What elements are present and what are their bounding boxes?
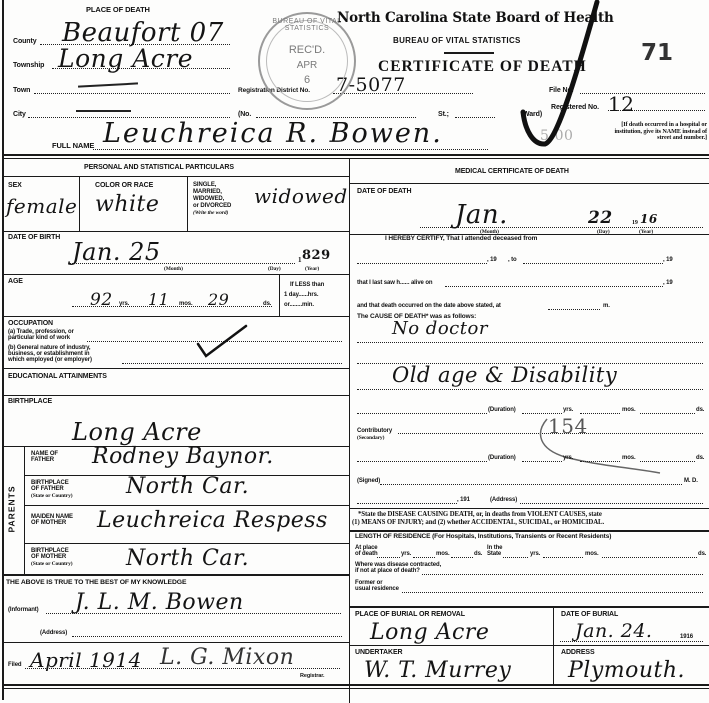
footnote-line-2: (1) MEANS OF INJURY; and (2) whether ACC…: [352, 519, 604, 527]
mother-birthplace-label-3: (State or Country): [31, 561, 72, 567]
ward-line: [455, 117, 495, 118]
attended-to-label: , to: [508, 257, 517, 264]
informant-address-line: [72, 636, 342, 637]
parents-vertical-label: PARENTS: [8, 486, 16, 533]
marital-hint: (Write the word): [193, 210, 228, 216]
filed-value: April 1914: [30, 648, 142, 672]
race-value: white: [95, 192, 159, 217]
attended-from-line: [357, 263, 487, 264]
occurred-time-line: [548, 309, 600, 310]
signed-191: , 191: [457, 497, 470, 504]
or-min-label: or........min.: [284, 302, 314, 309]
township-value: Long Acre: [58, 44, 193, 73]
dob-century: 1: [298, 256, 301, 264]
occupation-b-label-3: which employed (or employer): [8, 357, 92, 364]
contracted-line: [422, 574, 703, 575]
footnote-line-1: *State the DISEASE CAUSING DEATH, or, in…: [358, 511, 602, 519]
place-of-death-label: PLACE OF DEATH: [86, 6, 150, 14]
father-name-label-2: FATHER: [31, 457, 54, 464]
in-state-yrs: yrs.: [530, 551, 540, 558]
undertaker-address-value: Plymouth.: [568, 658, 685, 683]
dob-month-day: Jan. 25: [72, 238, 161, 266]
age-mos-label: mos.: [179, 301, 193, 308]
county-label: County: [13, 38, 37, 46]
rule: [4, 176, 349, 177]
cause-line-1-rule: [357, 342, 703, 343]
former-residence-label-2: usual residence: [355, 586, 399, 593]
rule: [279, 274, 280, 316]
at-place-yrs-line: [377, 557, 400, 558]
rule: [4, 395, 349, 396]
center-divider: [349, 158, 350, 703]
age-label: AGE: [8, 278, 23, 286]
marital-value: widowed: [254, 184, 348, 208]
dob-label: DATE OF BIRTH: [8, 234, 60, 242]
title-underline: [444, 52, 494, 54]
burial-date-year: 1916: [680, 633, 693, 641]
occupation-b-line: [122, 363, 342, 364]
medical-section-title: MEDICAL CERTIFICATE OF DEATH: [455, 168, 569, 176]
rule: [24, 543, 349, 544]
duration-2-mos-line: [580, 461, 620, 462]
attended-to-line: [523, 263, 663, 264]
bureau-title: BUREAU OF VITAL STATISTICS: [393, 37, 521, 45]
informant-label: (Informant): [8, 607, 39, 614]
bottom-rule-2: [4, 688, 709, 689]
registered-no-value: 12: [608, 92, 634, 116]
at-place-mos-line: [413, 557, 435, 558]
city-dash-mark: [76, 110, 131, 112]
dob-month-hint: (Month): [164, 266, 183, 272]
signed-date-line: [357, 503, 457, 504]
marital-label-4: or DIVORCED: [193, 203, 231, 210]
burial-date-value: Jan. 24.: [575, 620, 652, 642]
at-place-yrs: yrs.: [401, 551, 411, 558]
dob-year-hint: (Year): [305, 266, 319, 272]
stamp-day: 6: [260, 74, 354, 86]
sex-value: female: [6, 194, 77, 218]
father-birthplace-label-3: (State or Country): [31, 493, 72, 499]
rule: [4, 368, 349, 369]
father-birthplace-value: North Car.: [126, 474, 249, 499]
in-state-yrs-line: [503, 557, 528, 558]
rule: [4, 574, 349, 576]
former-residence-line: [402, 592, 703, 593]
duration-1-ds: ds.: [696, 407, 704, 414]
dod-month: Jan.: [455, 200, 508, 230]
rule: [24, 446, 25, 574]
dob-day-hint: (Day): [268, 266, 281, 272]
cause-line-1: No doctor: [392, 318, 488, 339]
page-number: 71: [641, 40, 673, 66]
education-label: EDUCATIONAL ATTAINMENTS: [8, 373, 107, 381]
stamp-ring-text: BUREAU OF VITAL STATISTICS: [260, 18, 354, 32]
certify-text: I HEREBY CERTIFY, That I attended deceas…: [385, 236, 537, 243]
age-ds-label: ds.: [263, 301, 271, 308]
marital-label-1: SINGLE,: [193, 182, 216, 189]
left-border: [2, 0, 4, 700]
registrar-signature: L. G. Mixon: [160, 645, 294, 670]
mother-birthplace-label-2: OF MOTHER: [31, 554, 66, 561]
filed-label: Filed: [8, 662, 22, 669]
informant-address-label: (Address): [40, 630, 67, 637]
father-name-value: Rodney Baynor.: [92, 444, 274, 469]
residence-title: LENGTH OF RESIDENCE (For Hospitals, Inst…: [355, 534, 611, 541]
if-less-label: If LESS than: [290, 282, 324, 289]
rule: [4, 274, 349, 275]
received-stamp: BUREAU OF VITAL STATISTICS REC'D. APR 6: [258, 12, 356, 110]
cause-line-3-rule: [357, 389, 703, 390]
duration-2-yrs-line: [522, 461, 562, 462]
birthplace-value: Long Acre: [72, 418, 202, 446]
last-saw-text: that I last saw h...... alive on: [357, 280, 433, 287]
burial-place-value: Long Acre: [370, 620, 489, 645]
attended-from-19: , 19: [487, 257, 497, 264]
mother-birthplace-value: North Car.: [126, 546, 249, 571]
undertaker-address-label: ADDRESS: [561, 649, 595, 657]
dod-year-prefix: 19: [632, 219, 638, 227]
rule: [4, 231, 349, 232]
doctor-address-label: (Address): [490, 497, 517, 504]
cause-line-2: Old age & Disability: [392, 363, 617, 387]
duration-1-line: [357, 413, 487, 414]
undertaker-value: W. T. Murrey: [364, 658, 511, 683]
contributory-bracket-mark-icon: [525, 415, 665, 475]
age-years: 92: [90, 290, 113, 310]
undertaker-label: UNDERTAKER: [355, 649, 402, 657]
md-label: M. D.: [684, 478, 698, 485]
at-place-label-2: of death: [355, 551, 378, 558]
dob-year: 829: [302, 248, 331, 263]
in-state-ds: ds.: [698, 551, 706, 558]
duration-2-mos: mos.: [622, 455, 636, 462]
rule: [349, 183, 709, 184]
dod-day: 22: [588, 208, 613, 228]
rule: [4, 316, 349, 317]
last-saw-19: , 19: [663, 280, 673, 287]
city-label: City: [13, 111, 26, 119]
informant-value: J. L. M. Bowen: [75, 590, 244, 615]
marital-label-2: MARRIED,: [193, 189, 222, 196]
town-dash-mark: [78, 82, 138, 87]
mother-name-label-2: OF MOTHER: [31, 520, 66, 527]
sex-label: SEX: [8, 182, 22, 190]
duration-1-label: (Duration): [488, 407, 516, 414]
burial-date-label: DATE OF BURIAL: [561, 611, 618, 619]
rule: [24, 505, 349, 506]
race-label: COLOR OR RACE: [95, 182, 153, 190]
true-statement: THE ABOVE IS TRUE TO THE BEST OF MY KNOW…: [6, 579, 186, 587]
mother-name-value: Leuchreica Respess: [97, 508, 328, 533]
in-state-label-2: State: [487, 551, 501, 558]
in-state-mos: mos.: [585, 551, 599, 558]
town-line: [34, 93, 230, 94]
contributory-label-1: Contributory: [357, 428, 392, 435]
father-birthplace-label-2: OF FATHER: [31, 486, 64, 493]
personal-section-title: PERSONAL AND STATISTICAL PARTICULARS: [84, 164, 234, 172]
signed-label: (Signed): [357, 478, 380, 485]
age-yrs-label: yrs.: [119, 301, 129, 308]
full-name-line: [93, 149, 488, 150]
rule: [349, 508, 709, 509]
age-days: 29: [208, 290, 229, 309]
dod-year: 16: [640, 212, 658, 226]
attended-to-19: , 19: [663, 257, 673, 264]
age-months: 11: [148, 290, 169, 309]
stamp-month: APR: [260, 60, 354, 71]
occurred-text: and that death occurred on the date abov…: [357, 303, 501, 310]
rule: [4, 642, 349, 643]
hospital-note: [If death occurred in a hospital or inst…: [605, 122, 707, 142]
rule: [79, 176, 80, 231]
header-bottom-rule-2: [4, 158, 709, 159]
duration-1-ds-line: [640, 413, 695, 414]
full-name-value: Leuchreica R. Bowen.: [103, 118, 443, 149]
duration-2-ds: ds.: [696, 455, 704, 462]
full-name-label: FULL NAME: [52, 142, 94, 150]
duration-2-ds-line: [640, 461, 695, 462]
at-place-mos: mos.: [436, 551, 450, 558]
rule: [349, 530, 709, 532]
rule: [349, 606, 709, 608]
death-certificate: PLACE OF DEATH County Beaufort 07 Townsh…: [0, 0, 709, 703]
rule: [349, 645, 709, 646]
registrar-label: Registrar.: [300, 673, 324, 679]
burial-place-label: PLACE OF BURIAL OR REMOVAL: [355, 611, 465, 619]
in-state-ds-line: [602, 557, 697, 558]
duration-2-label: (Duration): [488, 455, 516, 462]
birthplace-label: BIRTHPLACE: [8, 398, 52, 406]
occupation-checkmark-icon: [190, 320, 250, 360]
marital-label-3: WIDOWED,: [193, 196, 224, 203]
rule: [553, 606, 554, 686]
duration-2-yrs: yrs.: [563, 455, 573, 462]
duration-1-mos: mos.: [622, 407, 636, 414]
signed-line: [380, 484, 682, 485]
occupation-label: OCCUPATION: [8, 320, 53, 328]
dod-label: DATE OF DEATH: [357, 188, 411, 196]
town-label: Town: [13, 87, 30, 95]
large-checkmark-icon: [505, 0, 600, 160]
duration-1-yrs: yrs.: [563, 407, 573, 414]
at-place-ds-line: [451, 557, 473, 558]
duration-2-line: [357, 461, 487, 462]
stamp-received: REC'D.: [260, 44, 354, 56]
contracted-label-2: if not at place of death?: [355, 568, 420, 575]
at-place-ds: ds.: [474, 551, 482, 558]
contributory-label-2: (Secondary): [357, 435, 384, 441]
township-label: Township: [13, 62, 44, 70]
day-hrs-label: 1 day......hrs.: [284, 292, 318, 299]
rule: [187, 176, 188, 231]
doctor-address-line: [520, 503, 703, 504]
occurred-m-label: m.: [603, 303, 610, 310]
bottom-rule: [4, 684, 709, 686]
last-saw-line: [445, 286, 663, 287]
header-bottom-rule: [4, 154, 709, 156]
occupation-a-label-2: particular kind of work: [8, 335, 70, 342]
in-state-mos-line: [543, 557, 583, 558]
